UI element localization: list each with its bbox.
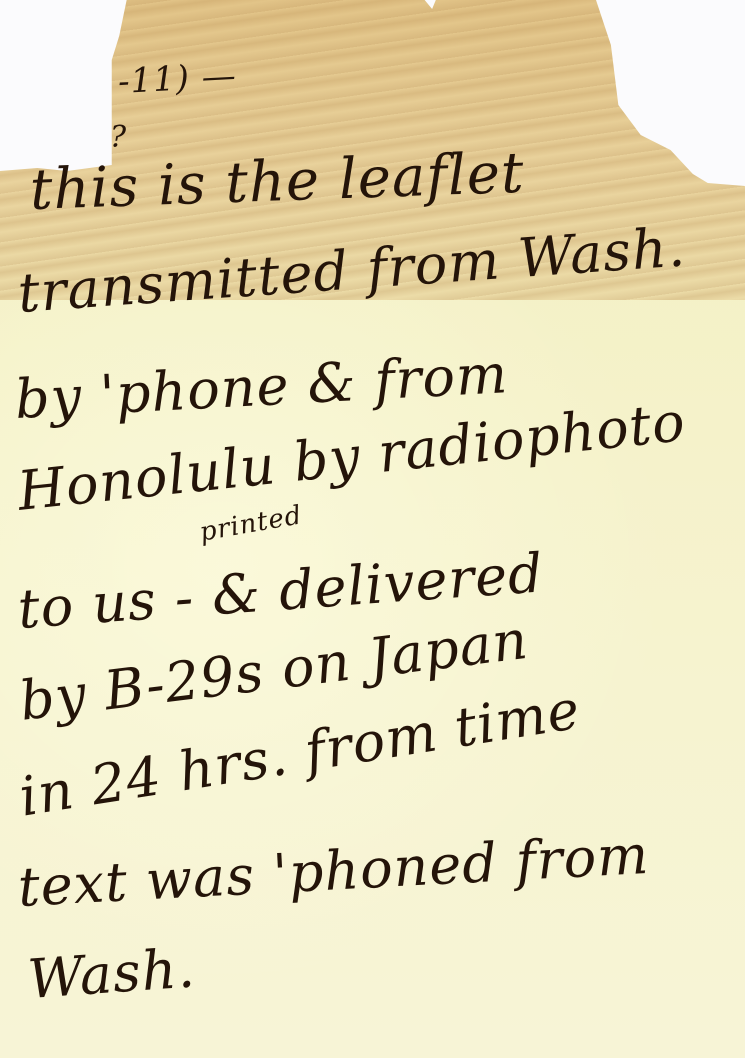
note-question-mark: ?: [110, 120, 127, 155]
note-number-mark: -11) —: [117, 56, 238, 102]
note-line-9: Wash.: [26, 936, 198, 1011]
note-page: -11) — ? this is the leaflet transmitted…: [0, 0, 745, 1058]
